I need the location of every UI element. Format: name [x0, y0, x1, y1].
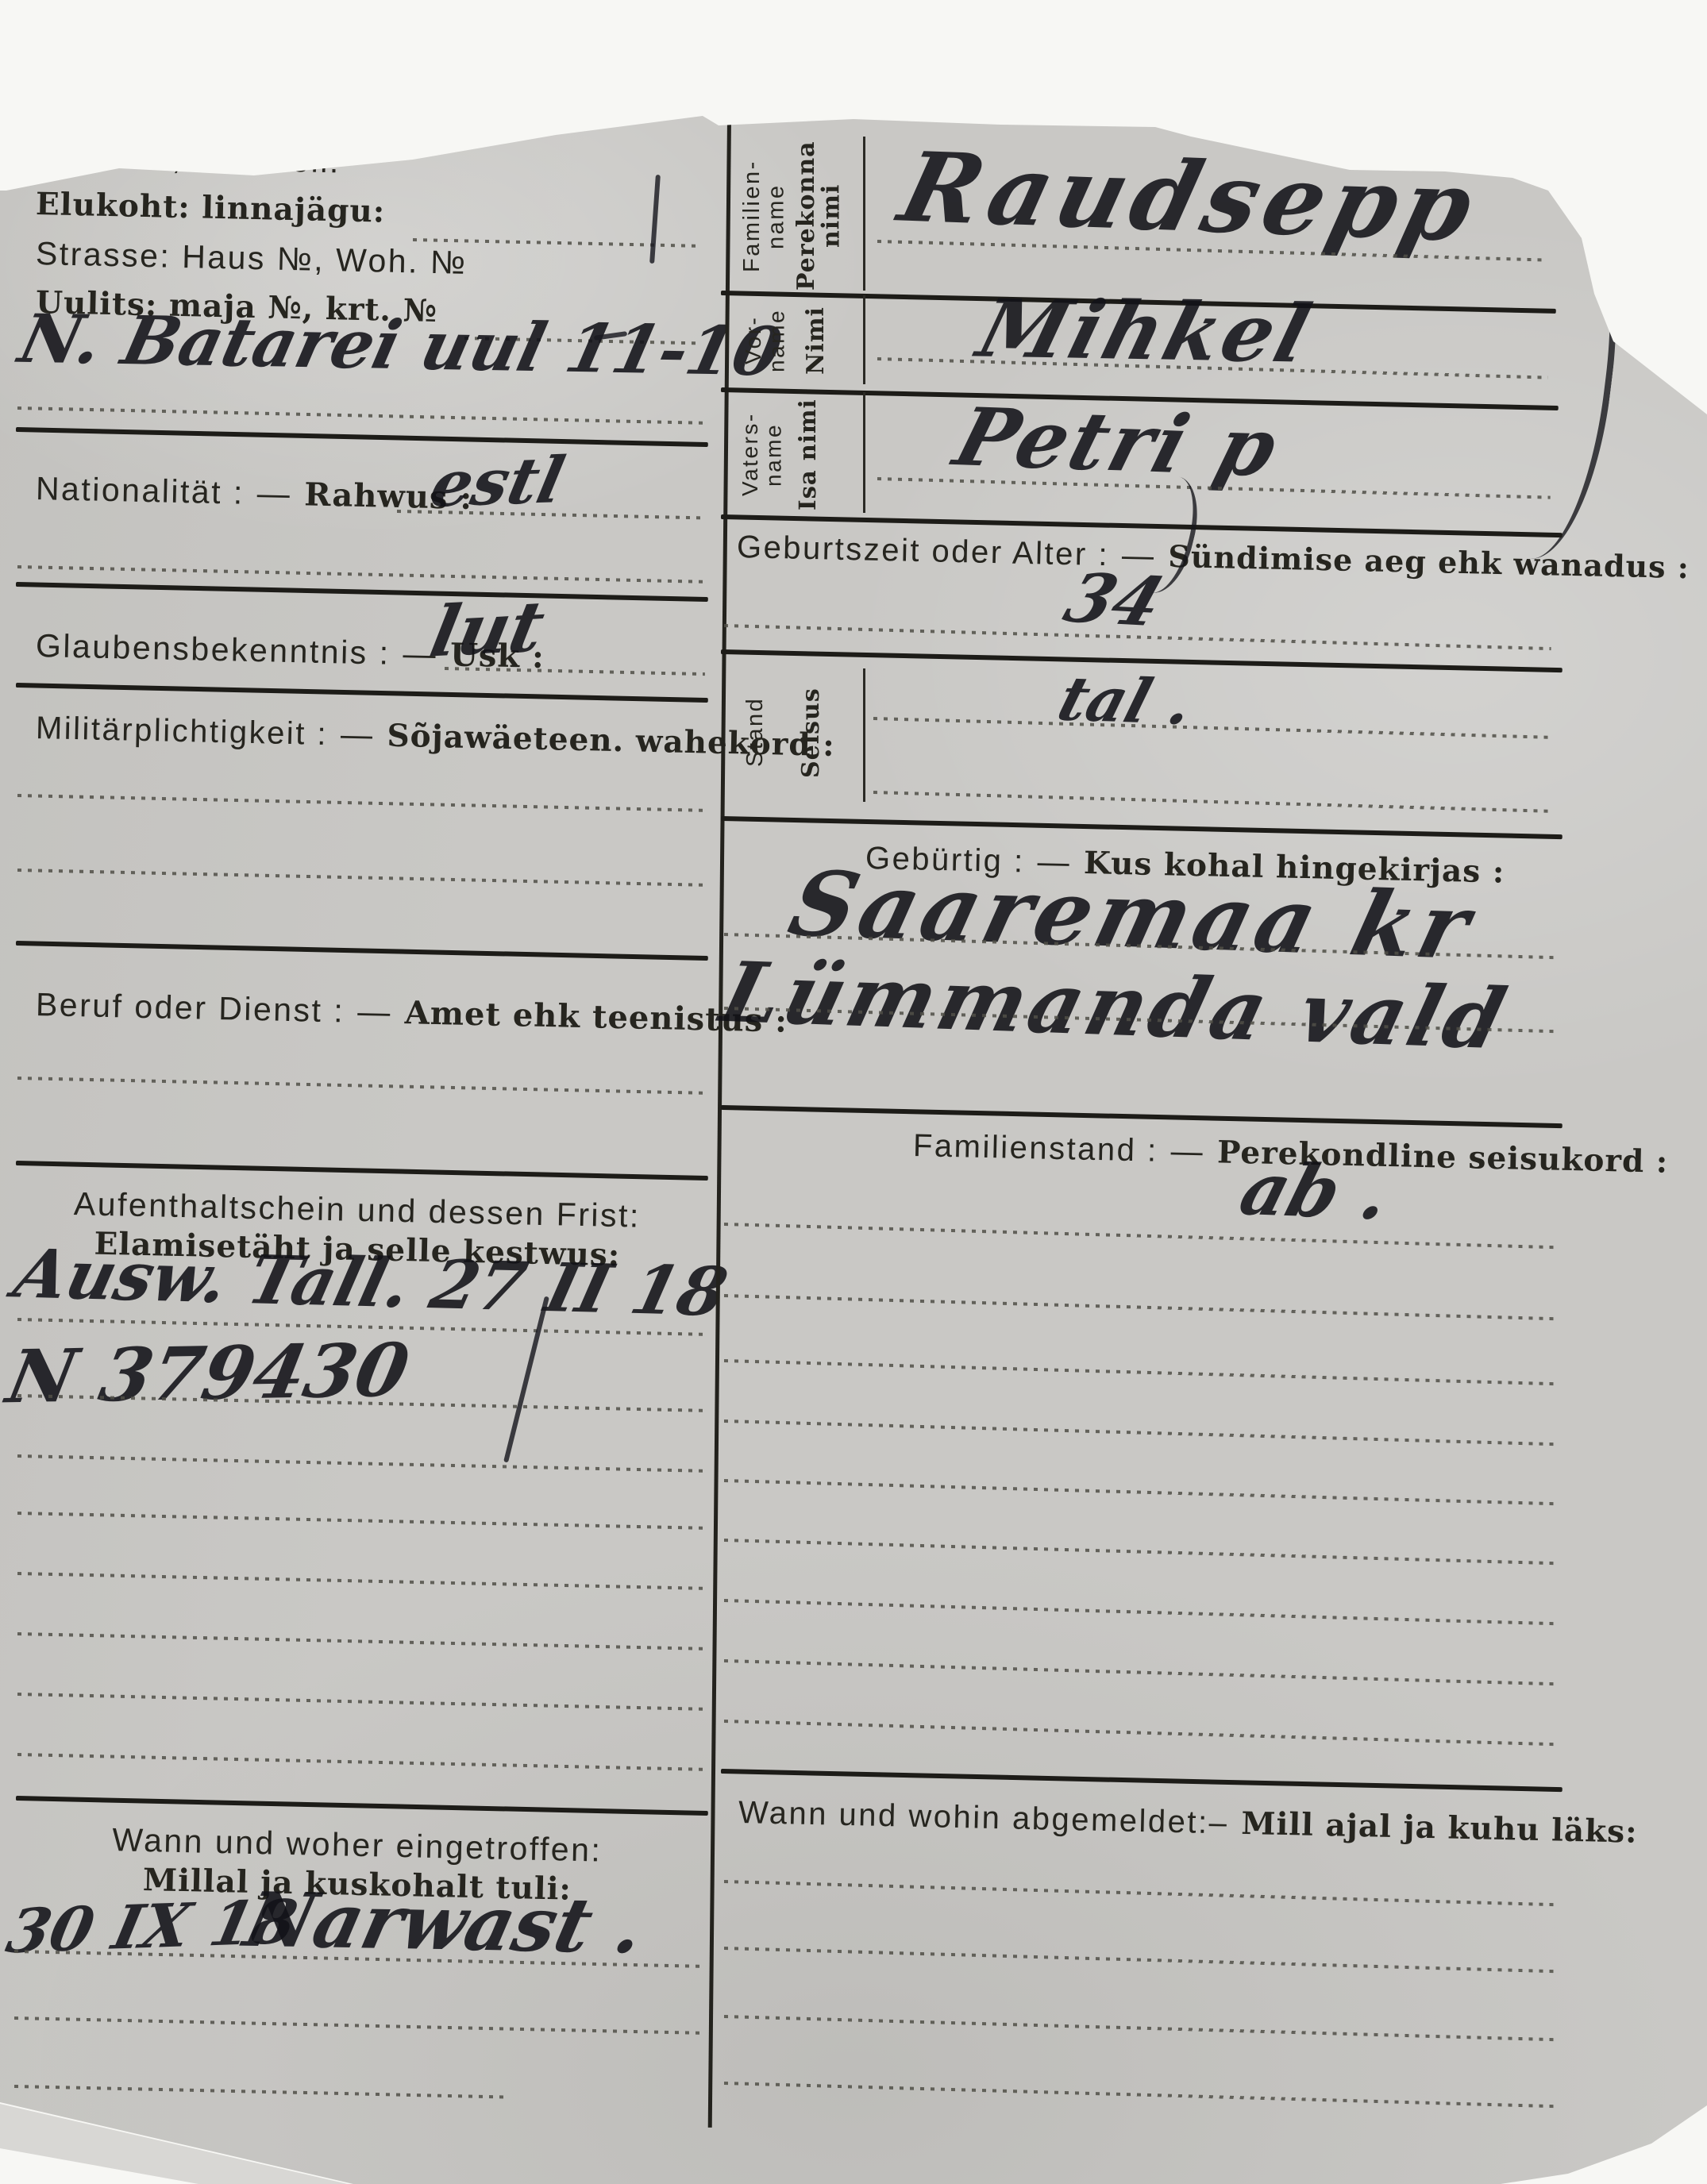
family-name-label-de: Familien-name [740, 143, 789, 290]
paper-sheet: Wohnort, Stadtteil: Elukoht: linnajägu: … [0, 0, 1707, 2184]
religion-label-de: Glaubensbekenntnis : [35, 627, 391, 672]
family-name-label-et: Perekonna nimi [794, 140, 853, 292]
label-cell-divider [863, 295, 865, 384]
label-cell-divider [863, 392, 865, 513]
field-elukoht-label-et: Elukoht: linnajägu: [35, 186, 385, 230]
nationality-label-de: Nationalität : [35, 470, 245, 512]
first-name-label-de: Vor-name [742, 299, 789, 382]
label-cell-divider [863, 137, 865, 291]
scanned-registration-card: Wohnort, Stadtteil: Elukoht: linnajägu: … [0, 0, 1707, 2184]
status-label-et: Seisus [799, 673, 835, 792]
label-dash: — [1170, 1134, 1204, 1170]
handwriting-marital: ab . [1231, 1147, 1400, 1236]
label-dash: — [357, 993, 393, 1031]
handwriting-nationality: estl [424, 442, 571, 522]
status-label-de: Stand [743, 676, 778, 788]
handwriting-permit-line2: N 379430 [1, 1327, 416, 1420]
marital-label-de: Familienstand : [912, 1128, 1158, 1169]
father-name-label-de: Vaters-name [738, 397, 788, 512]
label-dash: — [256, 475, 292, 513]
occupation-label-de: Beruf oder Dienst : [35, 986, 345, 1030]
field-wohnort-label-de: Wohnort, Stadtteil: [35, 137, 341, 180]
first-name-label-et: Nimi [803, 300, 838, 381]
handwriting-address: N. Batarei uul 11-10 [12, 299, 788, 391]
handwriting-religion: lut [424, 584, 551, 672]
father-name-label-et: Isa nimi [796, 397, 848, 512]
military-label-de: Militärplichtigkeit : [35, 711, 328, 753]
label-dash: — [341, 717, 375, 753]
handwriting-father-name: Petri p [945, 390, 1290, 495]
label-cell-divider [863, 668, 865, 802]
